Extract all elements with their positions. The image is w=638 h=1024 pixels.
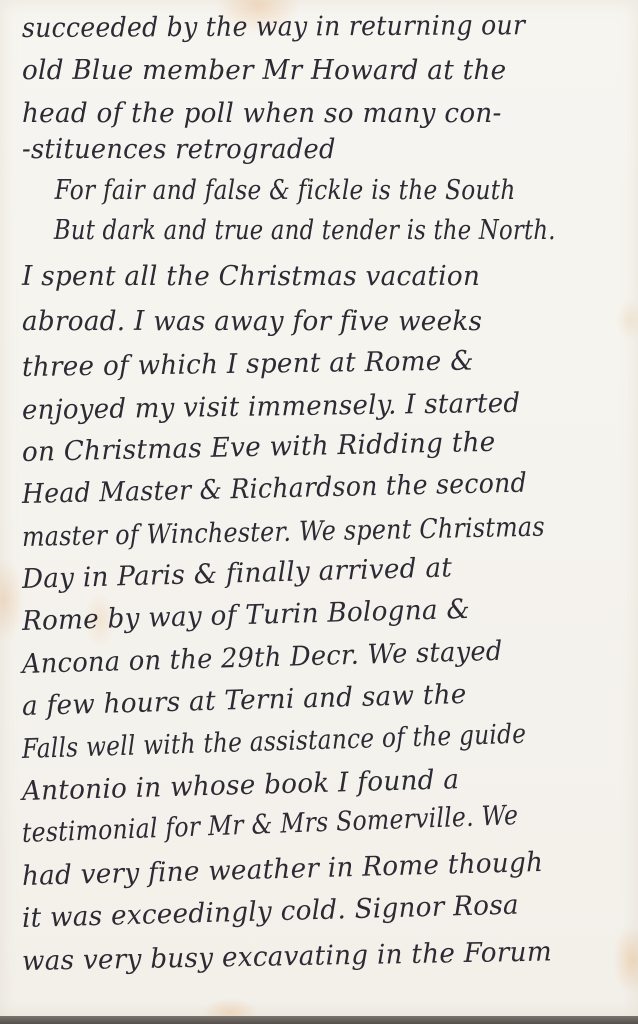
- text-line-7: I spent all the Christmas vacation: [22, 256, 604, 298]
- page-shadow-edge: [0, 1016, 638, 1024]
- text-line-6: But dark and true and tender is the Nort…: [22, 210, 526, 252]
- letter-page: succeeded by the way in returning our ol…: [0, 0, 638, 1016]
- handwritten-text: succeeded by the way in returning our ol…: [22, 8, 622, 983]
- text-line-2: old Blue member Mr Howard at the: [22, 50, 604, 92]
- text-line-4: -stituences retrograded: [22, 129, 592, 171]
- text-line-5: For fair and false & fickle is the South: [22, 170, 538, 212]
- text-line-1: succeeded by the way in returning our: [22, 5, 580, 51]
- text-line-8: abroad. I was away for five weeks: [22, 301, 604, 343]
